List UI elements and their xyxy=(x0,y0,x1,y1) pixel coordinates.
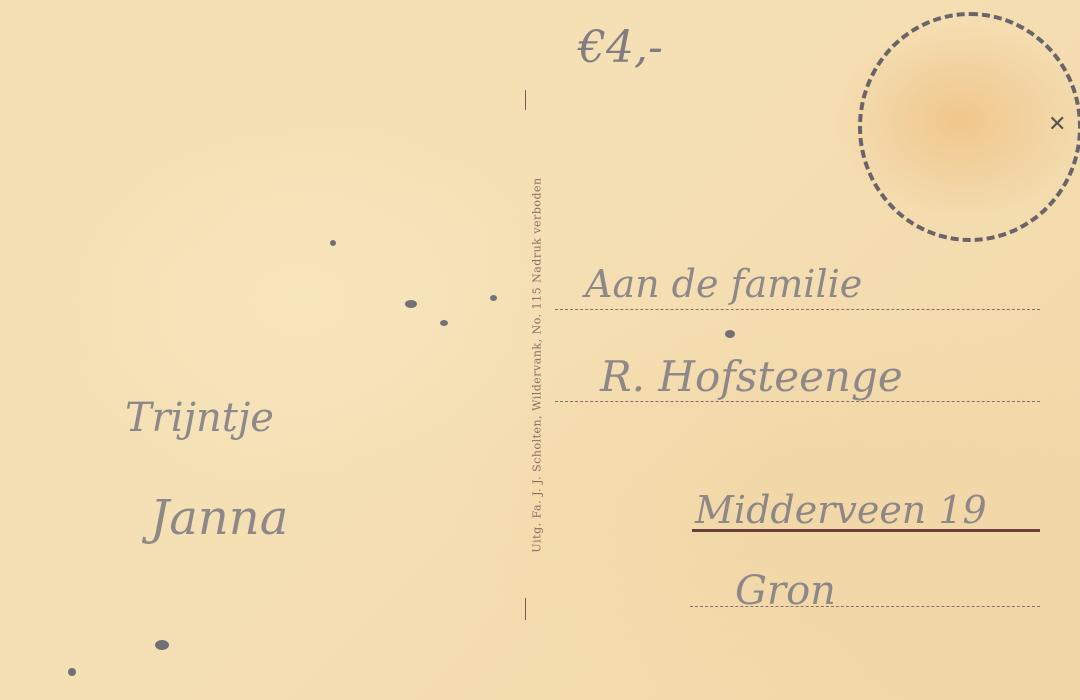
ink-spot xyxy=(155,640,169,650)
address-rule-2 xyxy=(555,401,1040,402)
ink-spot xyxy=(330,240,336,246)
ink-spot xyxy=(405,300,417,308)
divider-line-top xyxy=(525,90,526,110)
address-rule-3 xyxy=(692,529,1040,532)
sender-name-1: Trijntje xyxy=(125,395,274,441)
address-rule-1 xyxy=(555,309,1040,310)
address-line-2: R. Hofsteenge xyxy=(600,352,903,401)
address-line-3: Midderveen 19 xyxy=(695,488,987,532)
postcard-back: €4,- ✕ Uitg. Fa. J. J. Scholten, Wilderv… xyxy=(0,0,1080,700)
sender-name-2: Janna xyxy=(150,490,288,546)
postmark-circle xyxy=(858,12,1080,242)
address-line-4: Gron xyxy=(735,568,836,614)
publisher-imprint: Uitg. Fa. J. J. Scholten, Wildervank, No… xyxy=(527,110,547,620)
divider-line-bottom xyxy=(525,598,526,620)
ink-spot xyxy=(725,330,735,338)
address-line-1: Aan de familie xyxy=(585,262,862,306)
address-rule-4 xyxy=(690,606,1040,607)
ink-spot xyxy=(440,320,448,326)
ink-spot xyxy=(490,295,497,301)
postmark-cross-icon: ✕ xyxy=(1048,112,1066,137)
ink-spot xyxy=(68,668,76,676)
price-note: €4,- xyxy=(578,22,663,73)
